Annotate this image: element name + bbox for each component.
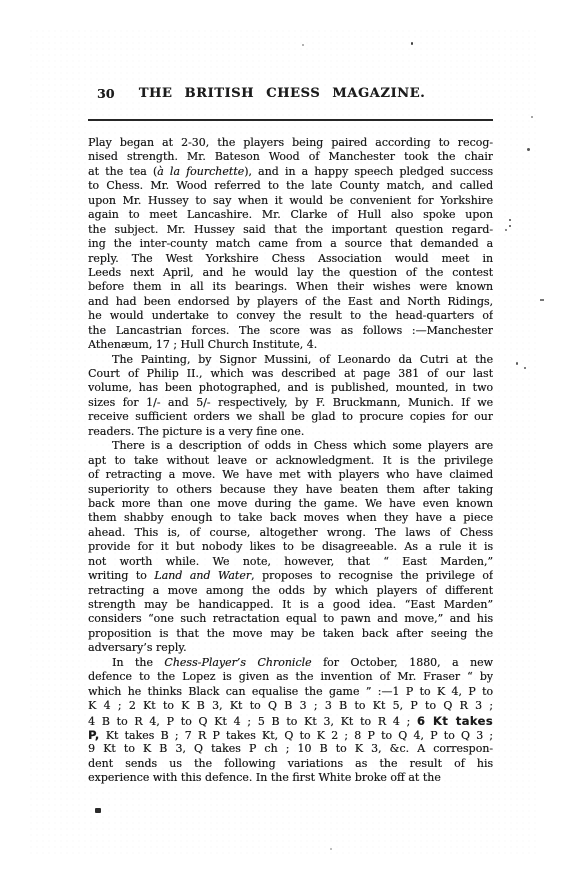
text-line: Court of Philip II., which was described… xyxy=(88,367,493,381)
scan-speck xyxy=(505,229,507,231)
text-line: In the Chess-Player’s Chronicle for Octo… xyxy=(88,656,493,670)
text-line: considers “one such retractation equal t… xyxy=(88,612,493,626)
text-line: superiority to others because they have … xyxy=(88,483,493,497)
text-line: of retracting a move. We have met with p… xyxy=(88,468,493,482)
text-line: at the tea (à la fourchette), and in a h… xyxy=(88,165,493,179)
text-line: dent sends us the following variations a… xyxy=(88,757,493,771)
text-line: ing the inter-county match came from a s… xyxy=(88,237,493,251)
text-line: experience with this defence. In the fir… xyxy=(88,771,493,785)
scan-speck xyxy=(516,362,518,365)
text-line: readers. The picture is a very fine one. xyxy=(88,425,493,439)
text-line: ahead. This is, of course, altogether wr… xyxy=(88,526,493,540)
text-line: strength may be handicapped. It is a goo… xyxy=(88,598,493,612)
text-line: nised strength. Mr. Bateson Wood of Manc… xyxy=(88,150,493,164)
text-line: writing to Land and Water, proposes to r… xyxy=(88,569,493,583)
text-line: the subject. Mr. Hussey said that the im… xyxy=(88,223,493,237)
scan-speck xyxy=(509,219,511,221)
text-line: before them in all its bearings. When th… xyxy=(88,280,493,294)
text-line: and had been endorsed by players of the … xyxy=(88,295,493,309)
text-line: upon Mr. Hussey to say when it would be … xyxy=(88,194,493,208)
page-header: 30 THE BRITISH CHESS MAGAZINE. xyxy=(0,86,564,102)
text-line: sizes for 1/- and 5/- respectively, by F… xyxy=(88,396,493,410)
text-line: receive sufficient orders we shall be gl… xyxy=(88,410,493,424)
text-line: apt to take without leave or acknowledgm… xyxy=(88,454,493,468)
text-line: 4 B to R 4, P to Q Kt 4 ; 5 B to Kt 3, K… xyxy=(88,714,493,728)
text-line: adversary’s reply. xyxy=(88,641,493,655)
text-line: 9 Kt to K B 3, Q takes P ch ; 10 B to K … xyxy=(88,742,493,756)
scan-speck xyxy=(330,848,332,850)
scan-speck xyxy=(527,148,530,151)
scan-speck xyxy=(540,299,544,301)
text-line: back more than one move during the game.… xyxy=(88,497,493,511)
header-rule xyxy=(88,119,493,121)
scan-speck xyxy=(95,808,101,813)
text-line: retracting a move among the odds by whic… xyxy=(88,584,493,598)
text-line: them shabby enough to take back moves wh… xyxy=(88,511,493,525)
article-text: Play began at 2-30, the players being pa… xyxy=(88,136,493,786)
text-line: Play began at 2-30, the players being pa… xyxy=(88,136,493,150)
text-line: defence to the Lopez is given as the inv… xyxy=(88,670,493,684)
scan-speck xyxy=(302,44,304,46)
page-title: THE BRITISH CHESS MAGAZINE. xyxy=(0,86,564,101)
scan-speck xyxy=(531,116,533,118)
scan-speck xyxy=(509,225,511,227)
text-line: he would undertake to convey the result … xyxy=(88,309,493,323)
text-line: There is a description of odds in Chess … xyxy=(88,439,493,453)
text-line: Athenæum, 17 ; Hull Church Institute, 4. xyxy=(88,338,493,352)
text-line: provide for it but nobody likes to be di… xyxy=(88,540,493,554)
scan-speck xyxy=(524,367,526,369)
text-line: P, Kt takes B ; 7 R P takes Kt, Q to K 2… xyxy=(88,728,493,742)
text-line: K 4 ; 2 Kt to K B 3, Kt to Q B 3 ; 3 B t… xyxy=(88,699,493,713)
text-line: again to meet Lancashire. Mr. Clarke of … xyxy=(88,208,493,222)
text-line: reply. The West Yorkshire Chess Associat… xyxy=(88,252,493,266)
text-line: The Painting, by Signor Mussini, of Leon… xyxy=(88,353,493,367)
text-line: volume, has been photographed, and is pu… xyxy=(88,381,493,395)
scan-speck xyxy=(411,42,413,45)
text-line: which he thinks Black can equalise the g… xyxy=(88,685,493,699)
text-line: the Lancastrian forces. The score was as… xyxy=(88,324,493,338)
text-line: not worth while. We note, however, that … xyxy=(88,555,493,569)
text-line: Leeds next April, and he would lay the q… xyxy=(88,266,493,280)
text-line: to Chess. Mr. Wood referred to the late … xyxy=(88,179,493,193)
text-line: proposition is that the move may be take… xyxy=(88,627,493,641)
